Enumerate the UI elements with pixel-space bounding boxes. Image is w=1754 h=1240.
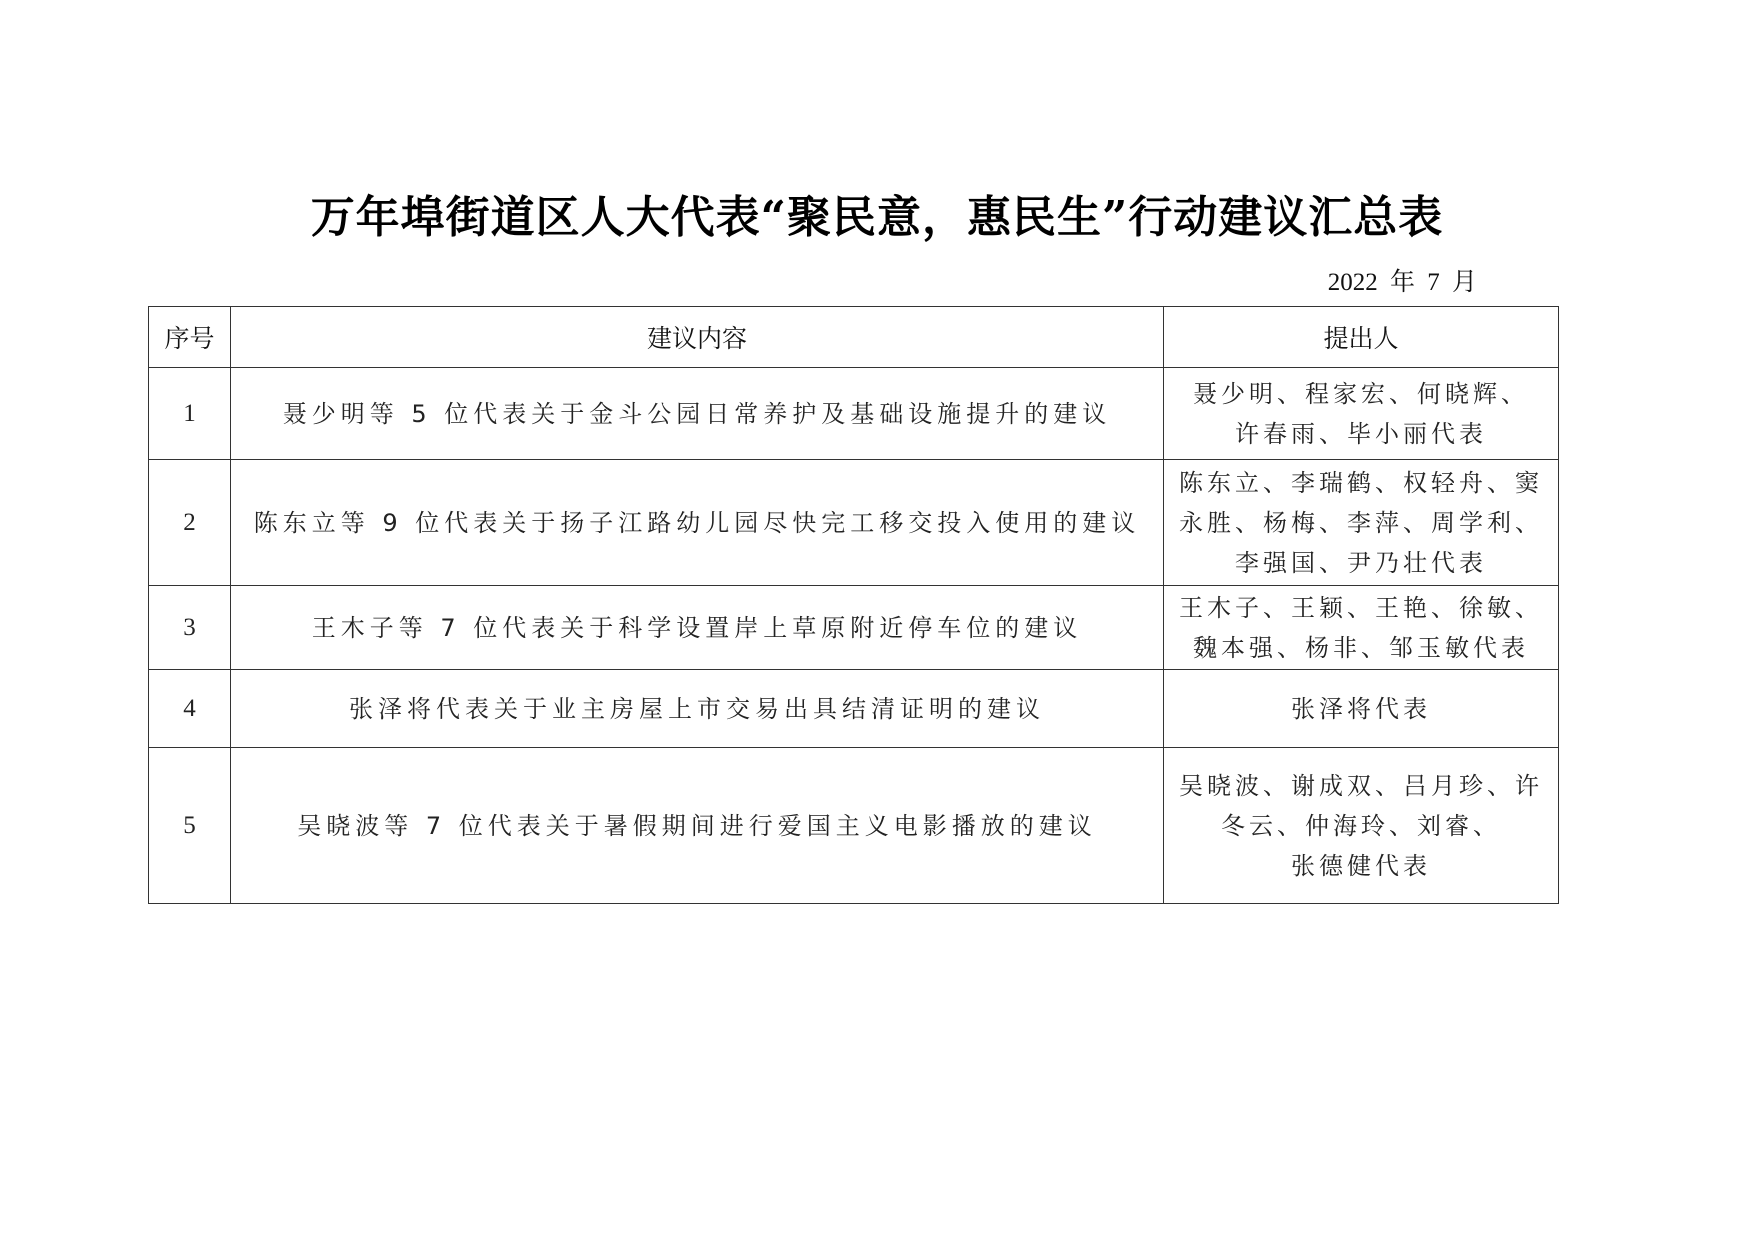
- row-proposers: 陈东立、李瑞鹤、权轻舟、窦 永胜、杨梅、李萍、周学利、 李强国、尹乃壮代表: [1164, 460, 1559, 586]
- table-row: 1 聂少明等 5 位代表关于金斗公园日常养护及基础设施提升的建议 聂少明、程家宏…: [149, 368, 1559, 460]
- header-proposers: 提出人: [1164, 307, 1559, 368]
- proposers-line: 许春雨、毕小丽代表: [1170, 414, 1552, 454]
- proposers-line: 陈东立、李瑞鹤、权轻舟、窦: [1170, 463, 1552, 503]
- proposers-line: 冬云、仲海玲、刘睿、: [1170, 806, 1552, 846]
- row-content: 陈东立等 9 位代表关于扬子江路幼儿园尽快完工移交投入使用的建议: [231, 460, 1164, 586]
- document-title: 万年埠街道区人大代表“聚民意，惠民生”行动建议汇总表: [0, 188, 1754, 248]
- row-proposers: 张泽将代表: [1164, 670, 1559, 748]
- row-content: 吴晓波等 7 位代表关于暑假期间进行爱国主义电影播放的建议: [231, 748, 1164, 904]
- header-index: 序号: [149, 307, 231, 368]
- row-proposers: 王木子、王颖、王艳、徐敏、 魏本强、杨非、邹玉敏代表: [1164, 586, 1559, 670]
- table-row: 4 张泽将代表关于业主房屋上市交易出具结清证明的建议 张泽将代表: [149, 670, 1559, 748]
- row-index: 5: [149, 748, 231, 904]
- proposers-line: 李强国、尹乃壮代表: [1170, 543, 1552, 583]
- table-row: 3 王木子等 7 位代表关于科学设置岸上草原附近停车位的建议 王木子、王颖、王艳…: [149, 586, 1559, 670]
- row-index: 4: [149, 670, 231, 748]
- proposers-line: 张德健代表: [1170, 846, 1552, 886]
- row-index: 2: [149, 460, 231, 586]
- proposers-line: 魏本强、杨非、邹玉敏代表: [1170, 628, 1552, 668]
- row-content: 聂少明等 5 位代表关于金斗公园日常养护及基础设施提升的建议: [231, 368, 1164, 460]
- row-content: 张泽将代表关于业主房屋上市交易出具结清证明的建议: [231, 670, 1164, 748]
- proposers-line: 王木子、王颖、王艳、徐敏、: [1170, 588, 1552, 628]
- header-content: 建议内容: [231, 307, 1164, 368]
- document-date: 2022 年 7 月: [1328, 266, 1477, 300]
- proposers-line: 永胜、杨梅、李萍、周学利、: [1170, 503, 1552, 543]
- row-content: 王木子等 7 位代表关于科学设置岸上草原附近停车位的建议: [231, 586, 1164, 670]
- suggestions-table: 序号 建议内容 提出人 1 聂少明等 5 位代表关于金斗公园日常养护及基础设施提…: [148, 306, 1559, 904]
- table-header-row: 序号 建议内容 提出人: [149, 307, 1559, 368]
- table-row: 2 陈东立等 9 位代表关于扬子江路幼儿园尽快完工移交投入使用的建议 陈东立、李…: [149, 460, 1559, 586]
- proposers-line: 聂少明、程家宏、何晓辉、: [1170, 374, 1552, 414]
- row-proposers: 吴晓波、谢成双、吕月珍、许 冬云、仲海玲、刘睿、 张德健代表: [1164, 748, 1559, 904]
- table-row: 5 吴晓波等 7 位代表关于暑假期间进行爱国主义电影播放的建议 吴晓波、谢成双、…: [149, 748, 1559, 904]
- proposers-line: 吴晓波、谢成双、吕月珍、许: [1170, 766, 1552, 806]
- row-proposers: 聂少明、程家宏、何晓辉、 许春雨、毕小丽代表: [1164, 368, 1559, 460]
- row-index: 1: [149, 368, 231, 460]
- row-index: 3: [149, 586, 231, 670]
- proposers-line: 张泽将代表: [1170, 689, 1552, 729]
